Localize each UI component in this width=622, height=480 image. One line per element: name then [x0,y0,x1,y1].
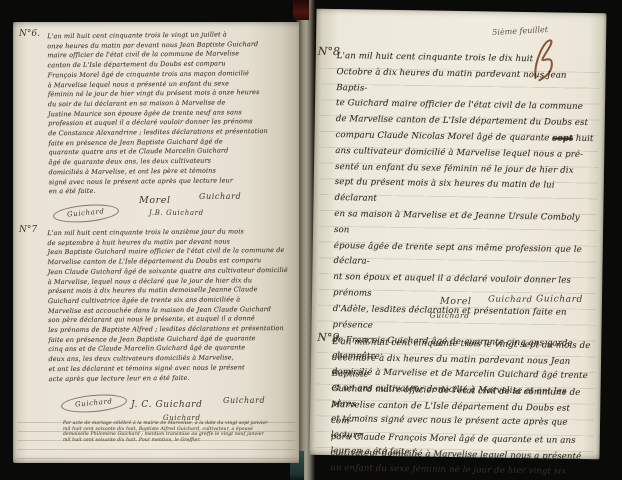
signature-guichard-entry7: Guichard [223,396,265,405]
entry-8-text-part1: L'an mil huit cent cinquante trois le di… [335,51,588,143]
signature-paraph-oval-entry6: Guichard [53,205,119,222]
right-page: 5ième feuillet N°8 L'an mil huit cent ci… [310,9,607,460]
signature-morel-entry8: Morel [440,296,472,307]
marriage-marginal-note: Par acte de mariage célébré à la mairie … [63,421,295,443]
folio-annotation: 5ième feuillet [492,23,592,37]
signature-guichard3-entry8: Guichard [430,311,470,321]
signature-jb-guichard-entry6: J.B. Guichard [149,209,204,217]
entry-8-struck-word: sept [552,133,573,143]
register-scan: N°6. L'an mil huit cent cinquante trois … [0,0,622,480]
binding-top-red [293,0,309,20]
signature-oval-label: Guichard [52,202,119,225]
signature-paraph-oval-entry7: Guichard [61,395,127,412]
entry-number-6: N°6. [19,29,40,39]
signature-guichard-entry6: Guichard [199,192,241,201]
signature-guichard-entry8: Guichard [488,294,533,305]
entry-7-text: L'an mil huit cent cinquante trois le on… [47,227,296,384]
signature-guichard2-entry8: Guichard [536,294,583,305]
signature-oval-label: Guichard [60,392,127,415]
left-page: N°6. L'an mil huit cent cinquante trois … [13,22,299,463]
signature-morel-entry6: Morel [139,195,171,206]
entry-number-7: N°7 [19,225,37,235]
entry-6-text: L'an mil huit cent cinquante trois le vi… [47,30,297,198]
entry-9-text: L'an mil huit cent cinquante trois le vi… [330,335,592,480]
signature-jc-guichard-entry7: J. C. Guichard [131,400,202,410]
